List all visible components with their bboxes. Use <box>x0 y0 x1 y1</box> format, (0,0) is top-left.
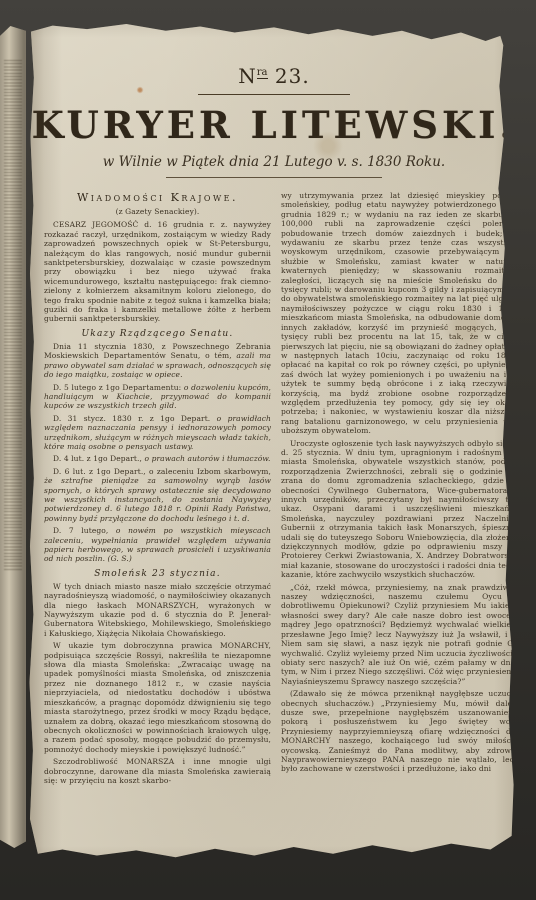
column-right: wy utrzymywania przez lat dziesięć mieys… <box>281 191 518 807</box>
article-paragraph: wy utrzymywania przez lat dziesięć mieys… <box>281 191 518 436</box>
ukaz-date: D. 7 lutego, <box>53 526 116 535</box>
article-paragraph: Uroczyste ogłoszenie tych łask naywyższy… <box>281 439 518 580</box>
article-paragraph: W ukazie tym dobroczynna prawica MONARCH… <box>44 641 271 754</box>
article-paragraph: W tych dniach miasto nasze miało szczęśc… <box>44 582 271 638</box>
newspaper-page: Nra 23. KURYER LITEWSKI. w Wilnie w Piąt… <box>28 18 520 870</box>
article-paragraph: (Zdawało się że mówca przeniknął naygłęb… <box>281 689 518 774</box>
ukaz-date: D. 5 lutego z 1go Departamentu: <box>53 383 184 392</box>
issue-prefix: N <box>238 64 257 88</box>
adjacent-page-edge <box>0 26 26 848</box>
ukaz-item: D. 5 lutego z 1go Departamentu: o dozwol… <box>44 383 271 411</box>
ukaz-item: D. 4 lut. z 1go Depart., o prawach autor… <box>44 454 271 463</box>
article-paragraph: „Cóż, rzekł mówca, przyniesiemy, na znak… <box>281 583 518 686</box>
masthead-divider-top <box>198 94 350 95</box>
dateline: w Wilnie w Piątek dnia 21 Lutego v. s. 1… <box>28 154 520 170</box>
issue-number: Nra 23. <box>28 64 520 88</box>
source-note: (z Gazety Senackiey). <box>44 207 271 216</box>
article-columns: Wiadomości Krajowe. (z Gazety Senackiey)… <box>28 178 520 807</box>
ukazy-heading: Ukazy Rządzącego Senatu. <box>44 329 271 339</box>
article-paragraph: Szczodrobliwość MONARSZA i inne mnogie u… <box>44 757 271 785</box>
masthead-divider-bottom <box>166 177 382 178</box>
column-left: Wiadomości Krajowe. (z Gazety Senackiey)… <box>44 191 271 807</box>
ukaz-item: Dnia 11 stycznia 1830, z Powszechnego Ze… <box>44 342 271 380</box>
ukaz-subject: o prawach autorów i tłumaczów. <box>144 454 270 463</box>
smolensk-dateline-heading: Smoleńsk 23 stycznia. <box>44 569 271 579</box>
newspaper-title: KURYER LITEWSKI. <box>28 103 520 147</box>
article-paragraph: CESARZ JEGOMOŚĆ d. 16 grudnia r. z. nayw… <box>44 220 271 323</box>
issue-ordinal-sup: ra <box>257 67 268 79</box>
ukaz-date: D. 31 stycz. 1830 r. z 1go Depart. <box>53 414 217 423</box>
issue-value: 23. <box>268 64 310 88</box>
ukaz-date: D. 4 lut. z 1go Depart., <box>53 454 144 463</box>
page-content: Nra 23. KURYER LITEWSKI. w Wilnie w Piąt… <box>28 18 520 807</box>
ukaz-item: D. 31 stycz. 1830 r. z 1go Depart. o pra… <box>44 414 271 452</box>
section-heading: Wiadomości Krajowe. <box>44 191 271 204</box>
ukaz-subject: że sztrafne pieniądze za samowolny wyrąb… <box>44 476 271 523</box>
ukaz-item: D. 6 lut. z 1go Depart., o zaleceniu Izb… <box>44 467 271 523</box>
spine-shadow <box>0 26 26 848</box>
ukaz-date: D. 6 lut. z 1go Depart., o zaleceniu Izb… <box>53 467 271 476</box>
ukaz-item: D. 7 lutego, o nowém po wszystkich mieys… <box>44 526 271 564</box>
